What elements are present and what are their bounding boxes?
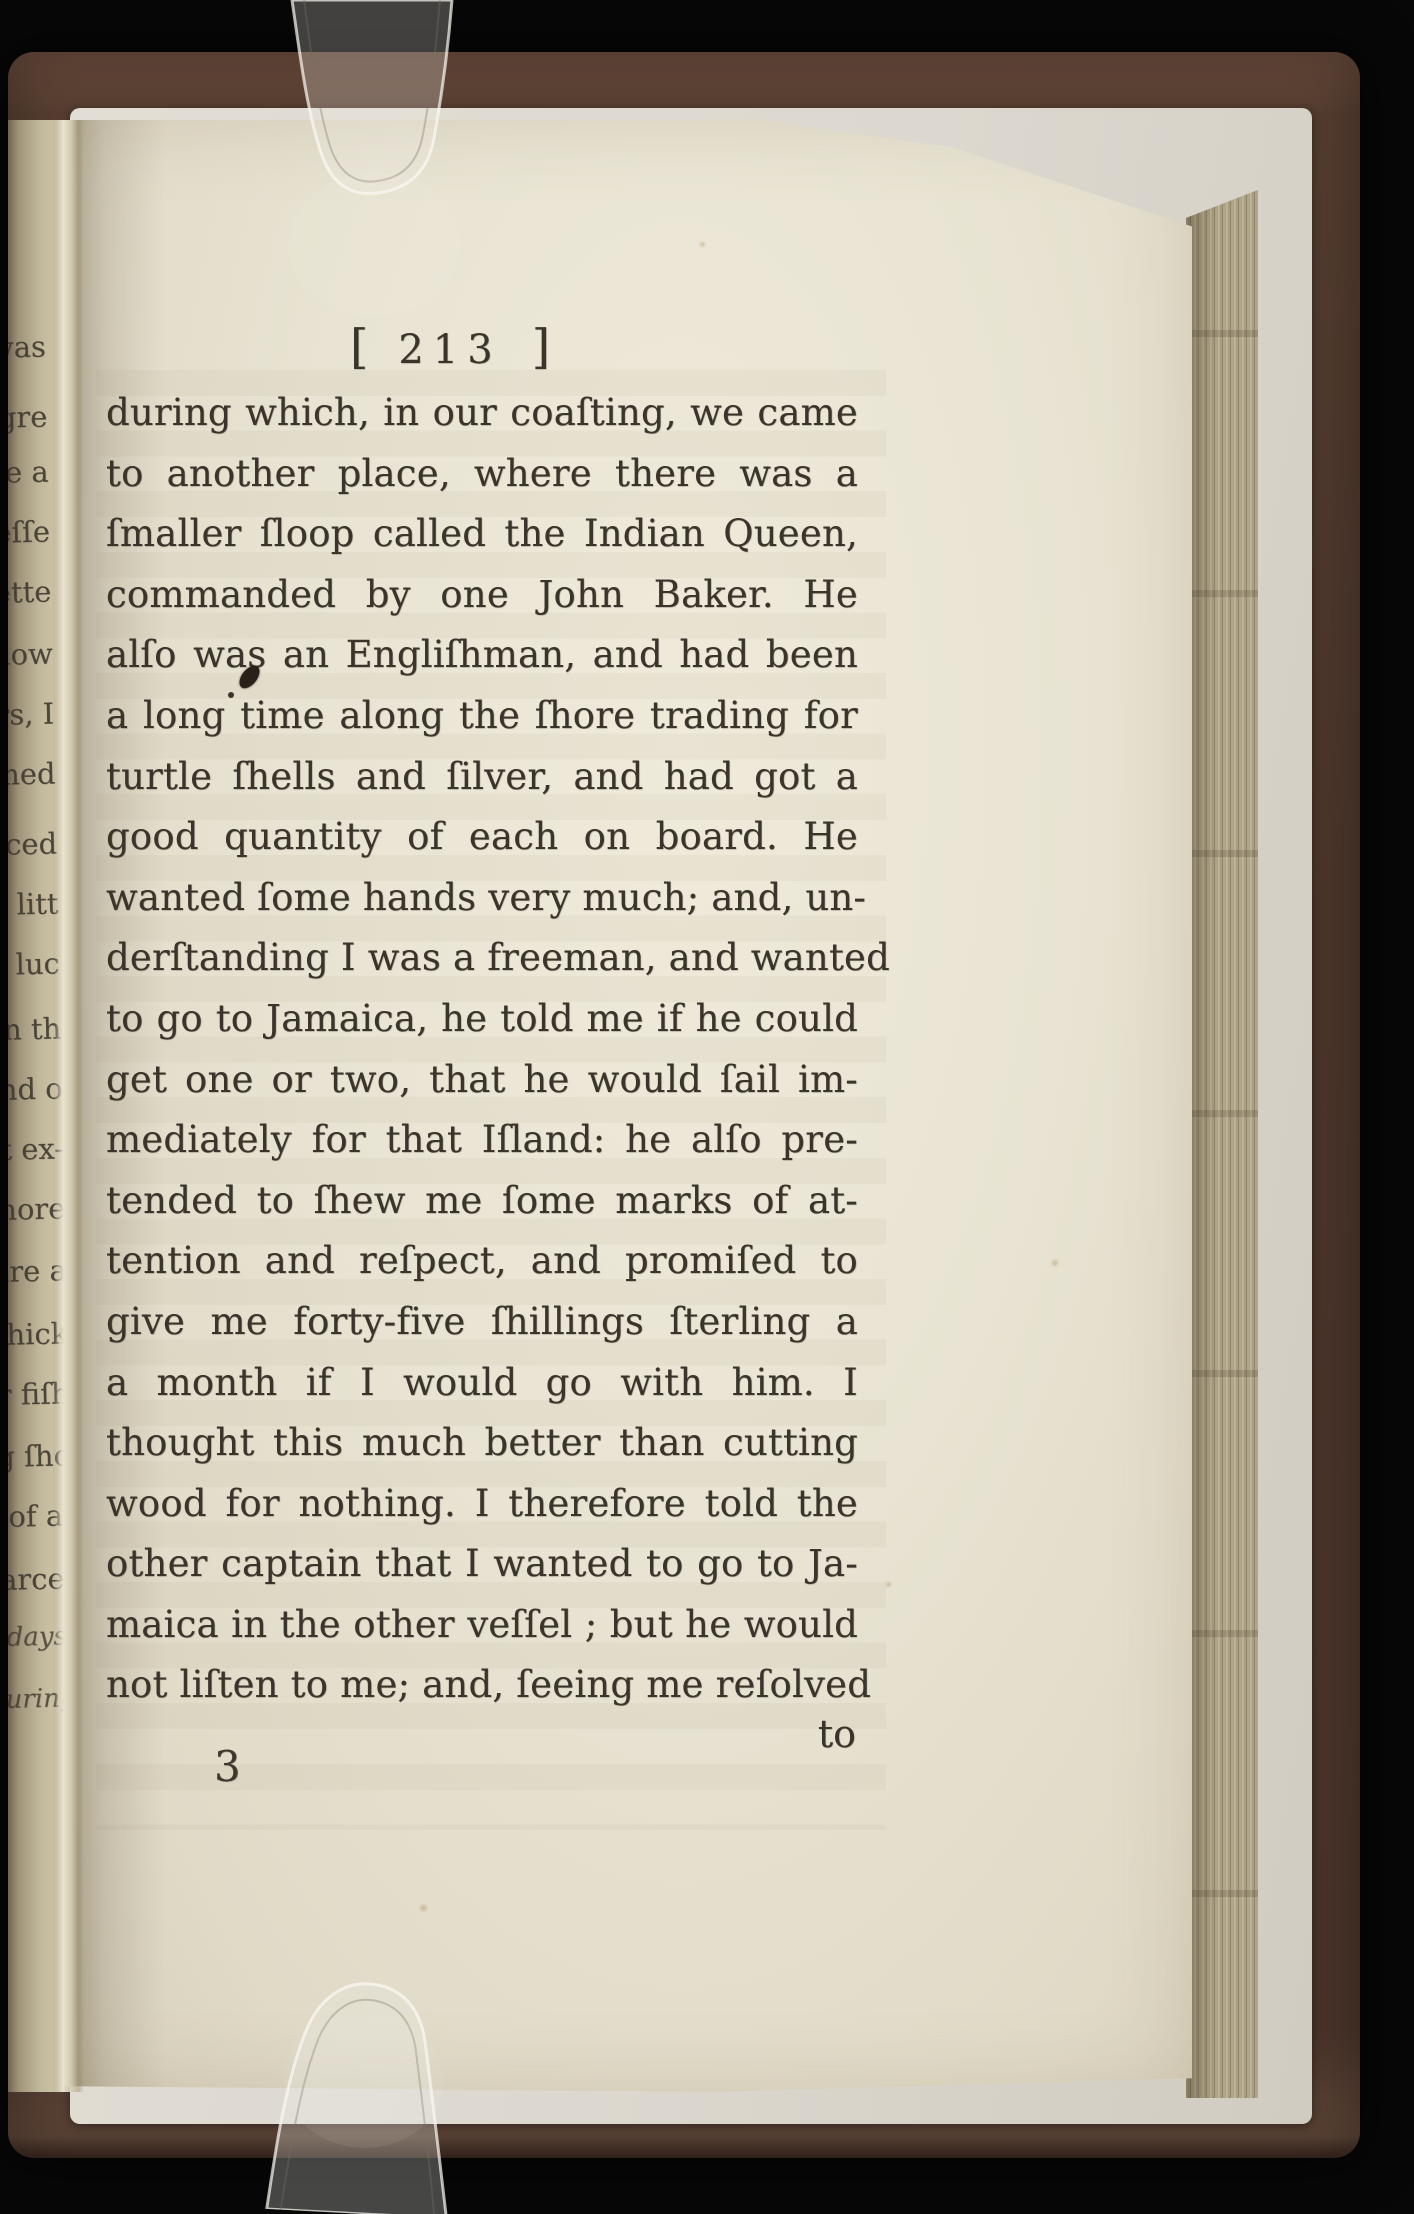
foxing-speck [886,1582,891,1587]
text-line: not liſten to me; and, ſeeing me reſolve… [106,1655,858,1716]
text-line: maica in the other veſſel ; but he would [106,1595,858,1656]
left-bracket: [ [350,326,368,370]
facing-page-text-fragment: y remed [8,756,56,793]
facing-page-text-fragment: and litt [8,886,59,922]
page-roll-highlight [54,120,84,2092]
facing-page-text-fragment: a gre [8,400,48,436]
text-line: a month if I would go with him. I [106,1353,858,1414]
text-line: good quantity of each on board. He [106,807,858,868]
body-text: during which, in our coaſting, we cameto… [106,383,858,1716]
page-number: 213 [398,326,501,374]
facing-page-text-fragment: is frette [8,575,52,612]
facing-page-text-fragment: . I was [8,330,46,366]
text-line: wood for nothing. I therefore told the [106,1474,858,1535]
foxing-speck [420,1905,427,1911]
text-line: to go to Jamaica, he told me if he could [106,989,858,1050]
text-line: other captain that I wanted to go to Ja- [106,1534,858,1595]
facing-page-text-fragment: ood luc [8,946,60,982]
text-line: mediately for that Iſland: he alſo pre- [106,1110,858,1171]
facing-page-text-fragment: ſhore a [8,455,49,491]
facing-page-text-fragment: e veſſe [8,515,50,551]
text-line: tended to ſhew me ſome marks of at- [106,1171,858,1232]
ink-dot [228,692,234,698]
text-line: get one or two, that he would ſail im- [106,1050,858,1111]
signature-mark: 3 [214,1742,241,1791]
text-line: turtle ſhells and ſilver, and had got a [106,747,858,808]
text-line: to another place, where there was a [106,444,858,505]
photo-stage: [ 213 ] during which, in our coaſting, w… [0,0,1414,2214]
text-line: alſo was an Engliſhman, and had been [106,625,858,686]
text-line: tention and reſpect, and promiſed to [106,1231,858,1292]
facing-page-text-fragment: ceivers, I [8,696,54,733]
top-clip [262,0,492,330]
foxing-speck [1052,1260,1058,1266]
facing-page-text-fragment: now how [8,637,53,674]
text-line: wanted ſome hands very much; and, un- [106,868,858,929]
foxing-speck [700,242,705,247]
text-line: thought this much better than cutting [106,1413,858,1474]
right-bracket: ] [532,326,550,370]
facing-page-text-fragment: as forced [8,826,57,863]
text-line: give me forty-five ſhillings ſterling a [106,1292,858,1353]
page-fore-edge [1186,190,1258,2098]
page-number-header: [ 213 ] [350,326,550,374]
text-line: commanded by one John Baker. He [106,565,858,626]
bottom-clip [215,1923,519,2214]
text-line: ſmaller ſloop called the Indian Queen, [106,504,858,565]
text-line: during which, in our coaſting, we came [106,383,858,444]
book-page: [ 213 ] during which, in our coaſting, w… [56,120,1192,2092]
catchword: to [656,1712,856,1756]
text-line: derſtanding I was a freeman, and wanted [106,928,858,989]
text-line: a long time along the ſhore trading for [106,686,858,747]
